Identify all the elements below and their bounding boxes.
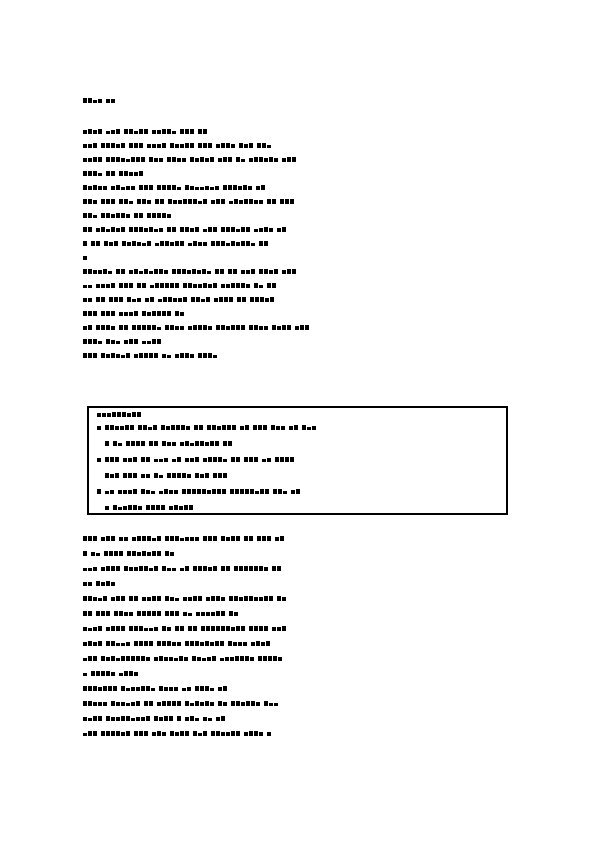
word-block <box>249 157 278 162</box>
word-block <box>172 269 211 274</box>
word-block <box>123 473 137 478</box>
word-block <box>134 641 153 646</box>
word-block <box>134 731 148 736</box>
word-block <box>159 489 178 494</box>
word-block <box>180 566 189 571</box>
word-block <box>132 536 161 541</box>
word-block <box>244 731 263 736</box>
text-line <box>83 324 309 330</box>
word-block <box>231 701 260 706</box>
word-block <box>106 98 115 103</box>
word-block <box>221 283 250 288</box>
word-block <box>105 441 109 446</box>
word-block <box>236 157 245 162</box>
word-block <box>185 185 219 190</box>
word-block <box>105 473 119 478</box>
text-line <box>83 655 282 661</box>
word-block <box>123 457 137 462</box>
word-block <box>83 566 97 571</box>
word-block <box>127 551 161 556</box>
word-block <box>111 596 125 601</box>
word-block <box>211 199 225 204</box>
text-line <box>83 338 161 344</box>
word-block <box>203 227 217 232</box>
word-block <box>137 199 151 204</box>
word-block <box>111 701 140 706</box>
word-block <box>182 489 226 494</box>
word-block <box>97 457 101 462</box>
word-block <box>256 185 265 190</box>
word-block <box>289 425 298 430</box>
word-block <box>267 199 276 204</box>
word-block <box>83 701 107 706</box>
word-block <box>142 339 161 344</box>
word-block <box>216 716 225 721</box>
word-block <box>167 227 176 232</box>
word-block <box>83 325 92 330</box>
word-block <box>83 199 97 204</box>
word-block <box>137 611 161 616</box>
text-line <box>83 685 227 691</box>
word-block <box>122 241 151 246</box>
word-block <box>97 425 101 430</box>
word-block <box>154 457 168 462</box>
word-block <box>119 671 138 676</box>
word-block <box>145 297 154 302</box>
word-block <box>185 457 199 462</box>
word-block <box>104 551 123 556</box>
word-block <box>83 626 102 631</box>
word-block <box>191 297 210 302</box>
word-block <box>165 551 174 556</box>
text-line <box>83 595 286 601</box>
word-block <box>83 297 92 302</box>
word-block <box>198 129 207 134</box>
word-block <box>213 473 227 478</box>
word-block <box>167 473 191 478</box>
word-block <box>183 596 202 601</box>
word-block <box>134 213 143 218</box>
word-block <box>295 325 309 330</box>
word-block <box>83 551 87 556</box>
text-line <box>83 282 276 288</box>
word-block <box>259 241 268 246</box>
word-block <box>231 457 240 462</box>
word-block <box>180 227 199 232</box>
text-line <box>83 296 274 302</box>
word-block <box>218 686 227 691</box>
word-block <box>229 199 263 204</box>
word-block <box>129 596 138 601</box>
word-block <box>83 339 102 344</box>
word-block <box>83 227 92 232</box>
word-block <box>221 536 240 541</box>
word-block <box>106 641 130 646</box>
word-block <box>101 731 130 736</box>
word-block <box>83 731 97 736</box>
word-block <box>129 626 158 631</box>
word-block <box>96 297 105 302</box>
word-block <box>159 686 178 691</box>
word-block <box>101 199 115 204</box>
word-block <box>154 716 173 721</box>
word-block <box>258 656 282 661</box>
word-block <box>280 199 294 204</box>
text-line <box>83 565 281 571</box>
text-line <box>83 170 143 176</box>
word-block <box>119 536 128 541</box>
word-block <box>262 457 271 462</box>
word-block <box>83 311 97 316</box>
text-line <box>83 310 184 316</box>
word-block <box>195 473 209 478</box>
word-block <box>162 626 171 631</box>
word-block <box>109 297 123 302</box>
word-block <box>83 716 102 721</box>
word-block <box>165 596 179 601</box>
word-block <box>105 505 109 510</box>
word-block <box>183 611 192 616</box>
word-block <box>223 441 232 446</box>
word-block <box>83 686 117 691</box>
text-line <box>83 640 270 646</box>
word-block <box>165 325 184 330</box>
word-block <box>141 457 150 462</box>
word-block <box>230 489 269 494</box>
word-block <box>83 611 92 616</box>
word-block <box>119 171 143 176</box>
word-block <box>106 157 145 162</box>
word-block <box>83 656 97 661</box>
box-bullet-line <box>105 440 232 446</box>
word-block <box>101 566 120 571</box>
word-block <box>271 425 285 430</box>
word-block <box>254 283 263 288</box>
text-line <box>83 352 217 358</box>
word-block <box>194 425 203 430</box>
word-block <box>96 581 115 586</box>
word-block <box>118 489 137 494</box>
word-block <box>97 412 141 417</box>
word-block <box>101 143 125 148</box>
word-block <box>250 297 274 302</box>
word-block <box>97 489 101 494</box>
word-block <box>154 473 163 478</box>
word-block <box>104 241 118 246</box>
box-bullet-line <box>105 504 193 510</box>
word-block <box>101 353 130 358</box>
word-block <box>158 297 187 302</box>
word-block <box>101 213 130 218</box>
word-block <box>249 626 268 631</box>
box-bullet-line <box>97 488 300 494</box>
word-block <box>142 311 171 316</box>
word-block <box>291 489 300 494</box>
word-block <box>129 269 168 274</box>
word-block <box>203 536 217 541</box>
word-block <box>264 701 278 706</box>
text-line <box>83 700 278 706</box>
word-block <box>162 566 176 571</box>
word-block <box>218 157 232 162</box>
word-block <box>228 269 237 274</box>
word-block <box>237 297 246 302</box>
word-block <box>282 269 296 274</box>
word-block <box>267 283 276 288</box>
word-block <box>228 641 247 646</box>
word-block <box>272 626 286 631</box>
word-block <box>147 213 171 218</box>
word-block <box>106 129 120 134</box>
word-block <box>272 566 281 571</box>
word-block <box>229 611 238 616</box>
word-block <box>137 283 146 288</box>
word-block <box>185 641 224 646</box>
word-block <box>106 339 120 344</box>
word-block <box>101 311 115 316</box>
word-block <box>105 489 114 494</box>
word-block <box>198 143 212 148</box>
word-block <box>190 157 214 162</box>
word-block <box>273 489 287 494</box>
word-block <box>272 325 291 330</box>
word-block <box>251 641 270 646</box>
word-block <box>83 353 97 358</box>
document-page <box>0 0 595 842</box>
word-block <box>282 157 296 162</box>
word-block <box>105 457 119 462</box>
word-block <box>203 457 227 462</box>
word-block <box>149 157 163 162</box>
word-block <box>83 255 87 260</box>
word-block <box>83 98 102 103</box>
word-block <box>152 129 176 134</box>
word-block <box>144 701 153 706</box>
word-block <box>138 425 157 430</box>
box-bullet-line <box>97 456 294 462</box>
word-block <box>201 626 245 631</box>
word-block <box>244 457 258 462</box>
word-block <box>183 283 217 288</box>
word-block <box>83 283 92 288</box>
word-block <box>188 626 197 631</box>
word-block <box>91 671 115 676</box>
text-line <box>83 730 271 736</box>
word-block <box>207 425 236 430</box>
word-block <box>177 716 181 721</box>
word-block <box>129 227 163 232</box>
word-block <box>124 566 158 571</box>
word-block <box>113 505 142 510</box>
word-block <box>83 143 97 148</box>
word-block <box>139 185 153 190</box>
word-block <box>121 686 155 691</box>
word-block <box>142 596 161 601</box>
word-block <box>257 143 271 148</box>
word-block <box>126 441 145 446</box>
text-line <box>83 128 207 134</box>
word-block <box>302 425 316 430</box>
word-block <box>155 241 184 246</box>
word-block <box>83 596 107 601</box>
word-block <box>192 656 216 661</box>
word-block <box>106 171 115 176</box>
word-block <box>149 441 158 446</box>
text-line <box>83 254 87 260</box>
word-block <box>195 686 214 691</box>
word-block <box>249 325 268 330</box>
word-block <box>106 626 125 631</box>
word-block <box>116 269 125 274</box>
text-line <box>83 625 286 631</box>
word-block <box>216 325 245 330</box>
word-block <box>165 536 199 541</box>
word-block <box>119 311 138 316</box>
word-block <box>96 227 125 232</box>
word-block <box>146 505 165 510</box>
text-line <box>83 212 171 218</box>
text-line <box>83 142 271 148</box>
box-bullet-line <box>105 472 227 478</box>
word-block <box>157 641 181 646</box>
word-block <box>83 671 87 676</box>
word-block <box>162 441 176 446</box>
text-line <box>83 715 225 721</box>
word-block <box>150 283 179 288</box>
word-block <box>221 227 250 232</box>
text-line <box>83 550 174 556</box>
word-block <box>267 731 271 736</box>
word-block <box>132 325 161 330</box>
word-block <box>83 241 87 246</box>
word-block <box>275 457 294 462</box>
box-heading <box>97 411 141 417</box>
word-block <box>182 686 191 691</box>
word-block <box>214 297 233 302</box>
word-block <box>239 143 253 148</box>
word-block <box>188 325 212 330</box>
word-block <box>223 185 252 190</box>
word-block <box>91 241 100 246</box>
word-block <box>83 129 102 134</box>
word-block <box>254 227 273 232</box>
word-block <box>96 325 115 330</box>
word-block <box>155 199 164 204</box>
word-block <box>119 283 133 288</box>
text-line <box>83 610 238 616</box>
word-block <box>134 353 158 358</box>
word-block <box>257 536 271 541</box>
word-block <box>215 269 224 274</box>
word-block <box>113 441 122 446</box>
word-block <box>234 566 268 571</box>
word-block <box>83 157 102 162</box>
word-block <box>83 171 102 176</box>
word-block <box>119 325 128 330</box>
word-block <box>221 566 230 571</box>
word-block <box>185 701 214 706</box>
word-block <box>83 536 97 541</box>
word-block <box>180 441 219 446</box>
word-block <box>147 143 166 148</box>
word-block <box>106 716 150 721</box>
word-block <box>111 185 135 190</box>
word-block <box>218 701 227 706</box>
word-block <box>83 641 102 646</box>
word-block <box>101 536 115 541</box>
word-block <box>211 731 240 736</box>
word-block <box>129 143 143 148</box>
text-line <box>83 156 296 162</box>
word-block <box>124 339 138 344</box>
word-block <box>206 596 225 601</box>
word-block <box>275 536 284 541</box>
word-block <box>253 425 267 430</box>
word-block <box>170 731 189 736</box>
word-block <box>83 213 97 218</box>
word-block <box>167 157 186 162</box>
word-block <box>83 185 107 190</box>
word-block <box>157 701 181 706</box>
word-block <box>157 185 181 190</box>
word-block <box>172 457 181 462</box>
word-block <box>229 596 273 601</box>
text-line <box>83 184 265 190</box>
word-block <box>244 536 253 541</box>
word-block <box>127 297 141 302</box>
word-block <box>240 425 249 430</box>
word-block <box>180 129 194 134</box>
text-line <box>83 535 284 541</box>
text-line <box>83 580 115 586</box>
word-block <box>175 353 194 358</box>
word-block <box>203 716 212 721</box>
text-line <box>83 226 286 232</box>
word-block <box>119 199 133 204</box>
word-block <box>141 489 155 494</box>
word-block <box>175 311 184 316</box>
word-block <box>83 269 112 274</box>
text-line <box>83 268 296 274</box>
word-block <box>277 227 286 232</box>
word-block <box>114 611 133 616</box>
word-block <box>193 566 217 571</box>
word-block <box>141 473 150 478</box>
word-block <box>105 425 134 430</box>
word-block <box>96 611 110 616</box>
word-block <box>175 626 184 631</box>
text-line <box>83 240 268 246</box>
word-block <box>196 611 225 616</box>
box-bullet-line <box>97 424 316 430</box>
title-line <box>83 97 115 103</box>
word-block <box>216 143 235 148</box>
word-block <box>198 353 217 358</box>
word-block <box>220 656 254 661</box>
word-block <box>193 731 207 736</box>
word-block <box>185 716 199 721</box>
word-block <box>96 283 115 288</box>
word-block <box>101 656 150 661</box>
word-block <box>188 241 207 246</box>
word-block <box>170 143 194 148</box>
word-block <box>161 425 190 430</box>
word-block <box>277 596 286 601</box>
word-block <box>168 199 207 204</box>
text-line <box>83 670 138 676</box>
word-block <box>165 611 179 616</box>
word-block <box>83 581 92 586</box>
